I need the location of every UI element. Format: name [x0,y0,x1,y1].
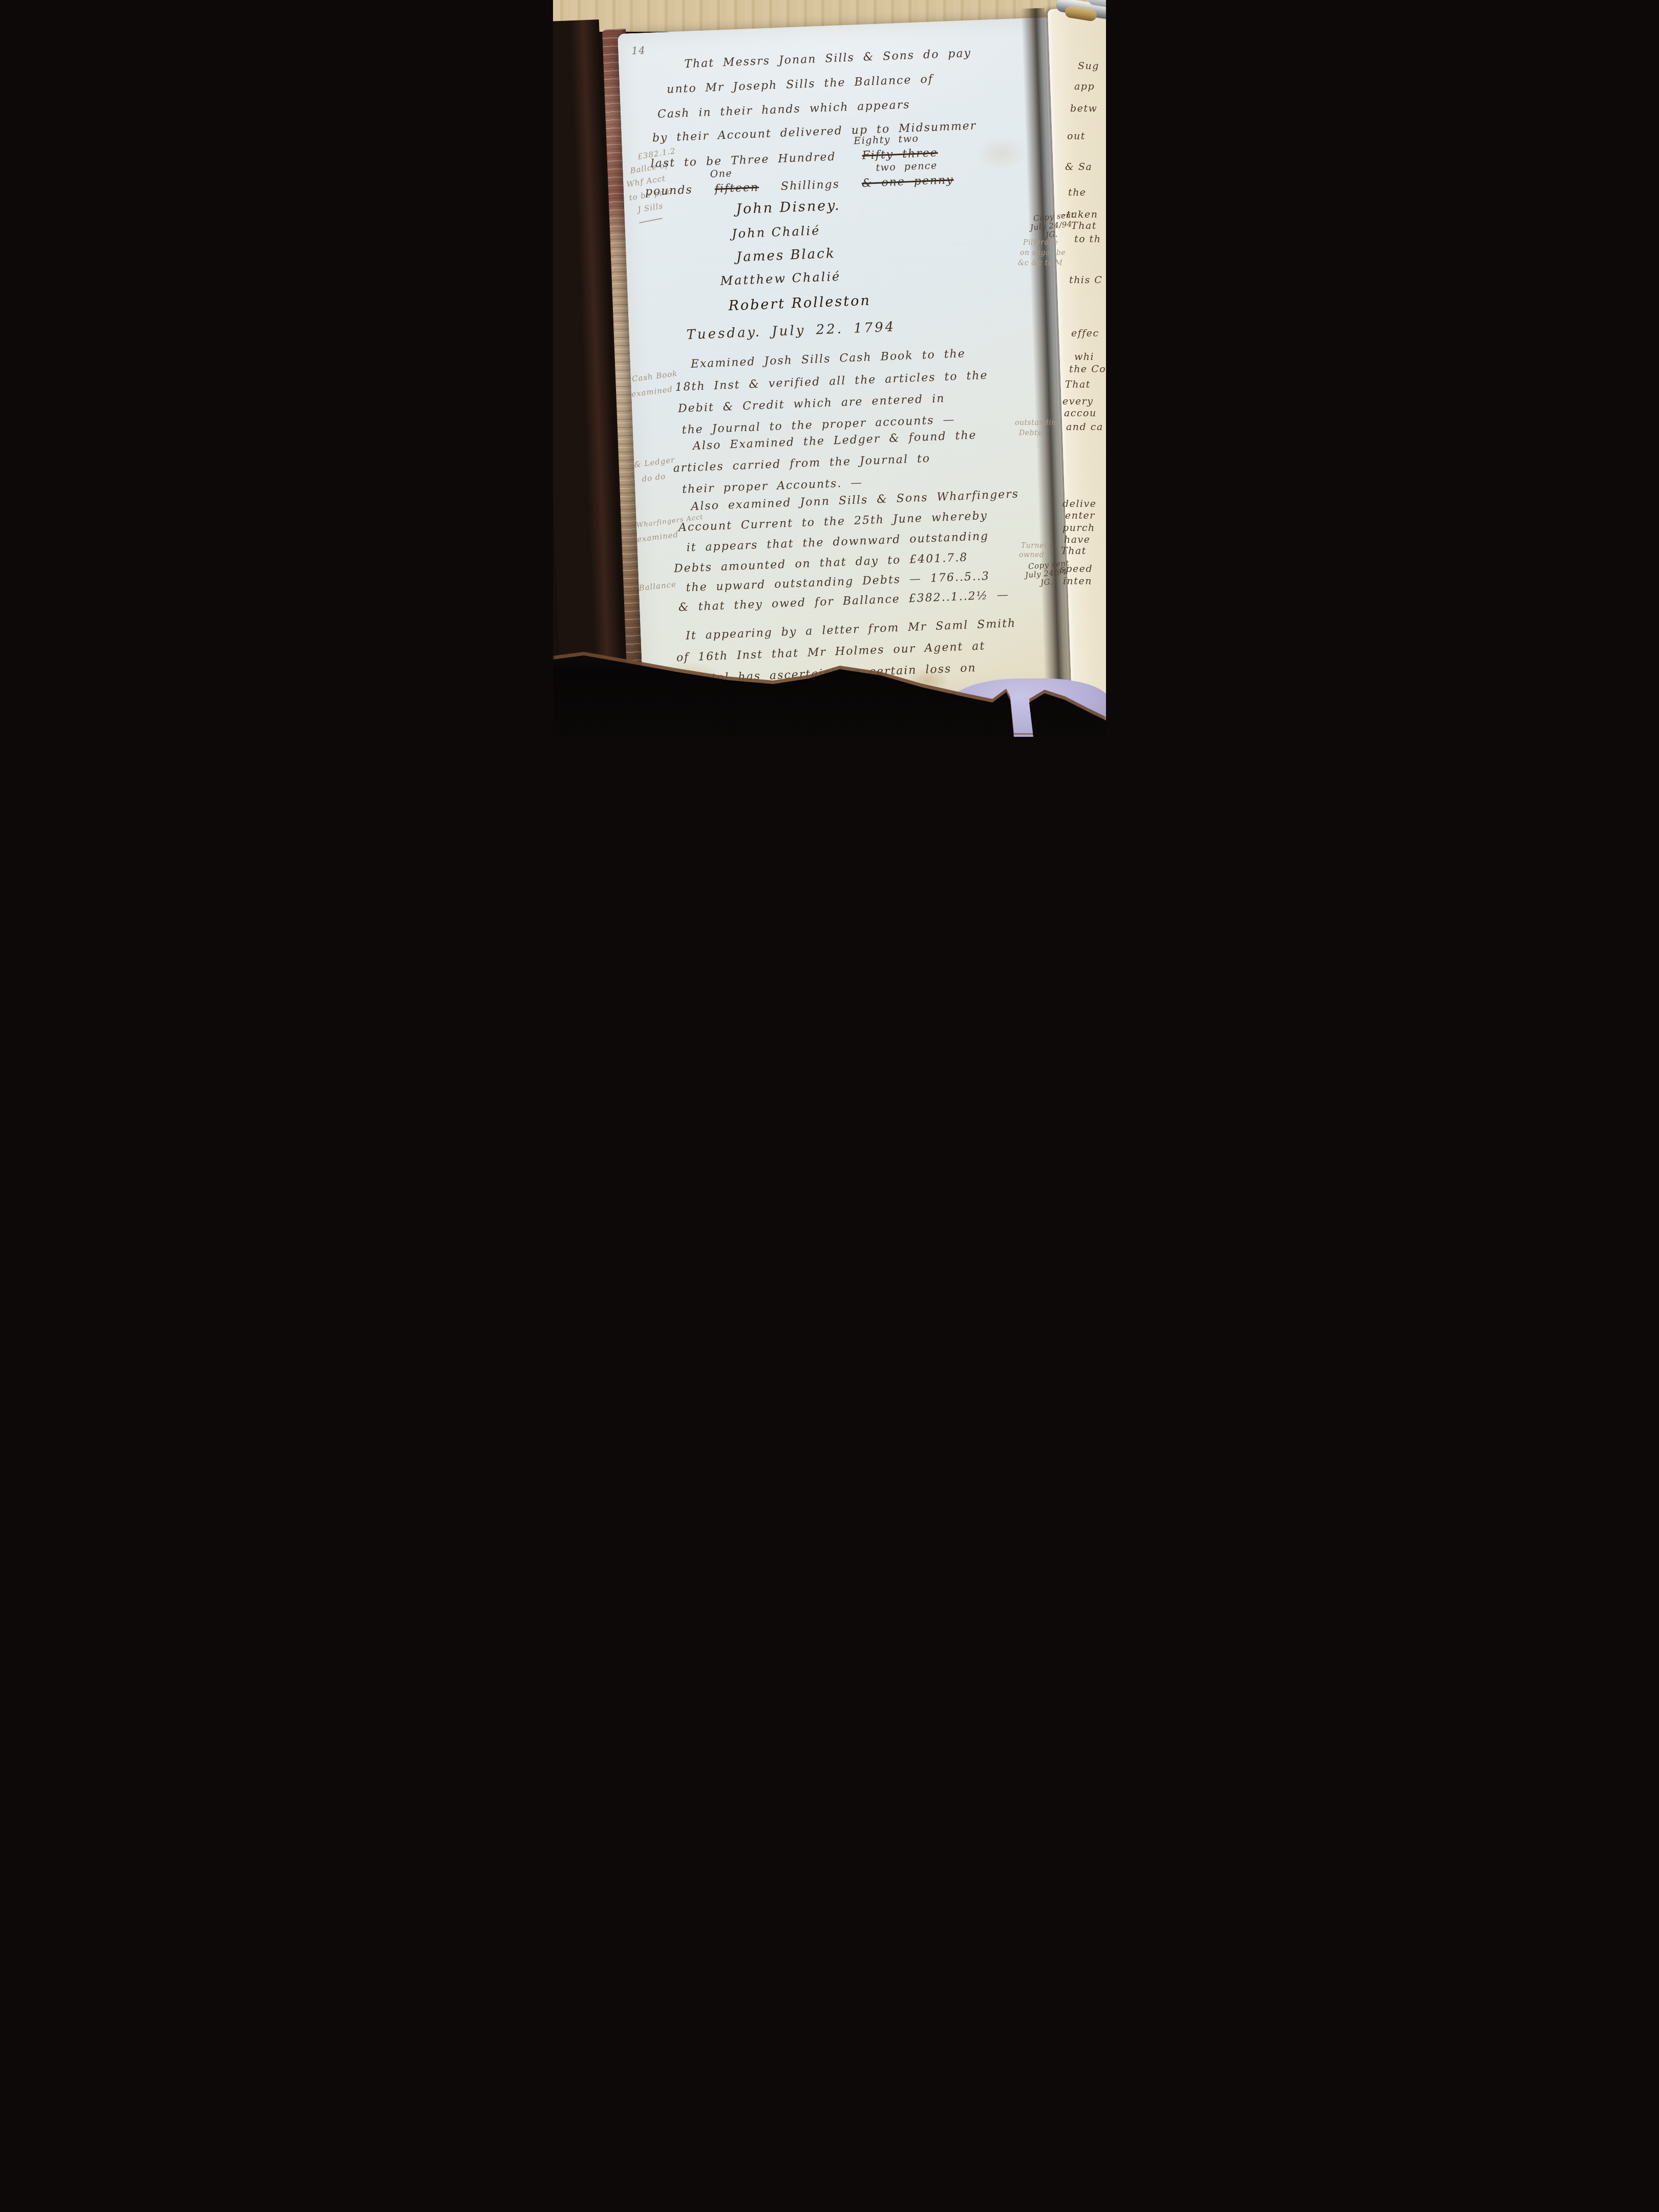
manuscript-photo: 14 £382.1.2 Ballce of Whf Acct to be pai… [553,0,1106,737]
manuscript-line: It appearing by a letter from Mr Saml Sm… [686,617,1016,643]
manuscript-line: Account Current to the 25th June whereby [678,509,988,534]
amount-line: pounds fifteen Shillings & one penny One… [645,174,954,198]
amount-text: pounds [645,184,693,199]
text-fragment: accou [1064,408,1097,419]
text-fragment: delive [1062,498,1097,509]
text-fragment: Sug [1078,60,1099,72]
margin-note-pencil: on sugar be [1020,249,1066,257]
manuscript-line: Cash in their hands which appears [657,98,910,121]
text-fragment: have [1064,534,1091,545]
margin-note-pencil: &c &c to M [1018,259,1062,267]
strikethrough-word: & one penny [861,174,954,190]
text-fragment: out [1067,131,1086,142]
text-fragment: to th [1074,233,1101,245]
margin-note-copy: JG. [1045,229,1058,240]
date-heading: Tuesday. July 22. 1794 [686,320,896,343]
manuscript-line: of 16th Inst that Mr Holmes our Agent at [676,640,985,664]
signature: Robert Rolleston [728,292,871,314]
manuscript-line: unto Mr Joseph Sills the Ballance of [667,73,933,96]
amount-text: Shillings [781,178,840,193]
margin-note: examined [636,530,679,544]
margin-note-pencil: owned [1019,551,1044,559]
interlinear-insertion: two pence [876,160,938,174]
text-fragment: That [1065,379,1091,390]
signature: John Chalié [732,223,821,241]
text-fragment: and ca [1066,421,1103,433]
manuscript-line: Debts amounted on that day to £401.7.8 [674,551,968,575]
margin-note-pencil: Debts [1019,429,1041,437]
manuscript-line: by their Account delivered up to Midsumm… [652,119,976,144]
text-fragment: inten [1063,576,1092,587]
text-fragment: That [1061,545,1087,557]
margin-note: Cash Book [631,369,678,384]
text-fragment: speed [1060,563,1093,575]
manuscript-line: articles carried from the Journal to [673,452,930,475]
text-fragment: every [1062,396,1094,407]
text-fragment: whi [1074,351,1094,363]
pencil-flourish [639,218,663,223]
signature: Matthew Chalié [720,269,841,288]
text-fragment: this C [1069,274,1102,286]
text-fragment: app [1074,81,1095,92]
signature: James Black [736,246,836,265]
margin-note-pencil: Pilferage [1023,239,1058,247]
interlinear-insertion: One [710,168,732,180]
margin-note-copy: JG. [1040,577,1053,587]
text-fragment: That [1071,220,1097,231]
text-fragment: the [1068,187,1087,198]
margin-note: & Ledger [633,455,675,470]
text-fragment: betw [1070,103,1097,114]
signature: John Disney. [736,198,841,218]
right-page: Copy sent July 24/94 JG. Copy sent July … [1014,9,1106,726]
page-number: 14 [631,44,646,57]
left-page: 14 £382.1.2 Ballce of Whf Acct to be pai… [618,17,1074,705]
text-fragment: –taken [1061,209,1098,220]
manuscript-line: it appears that the downward outstanding [686,530,989,555]
margin-note-balance: J Sills [637,201,664,215]
margin-note: Ballance [639,580,677,593]
text-fragment: effec [1071,328,1099,339]
margin-note-pencil: Turner [1021,542,1048,550]
manuscript-line: Debit & Credit which are entered in [678,392,945,415]
text-fragment: enter [1065,510,1095,521]
margin-note: do do [641,472,666,484]
margin-note-pencil: outstanding [1015,419,1061,427]
strikethrough-word: fifteen [714,181,759,196]
manuscript-line: 18th Inst & verified all the articles to… [675,369,988,394]
margin-note: examined [631,385,673,399]
manuscript-line: Examined Josh Sills Cash Book to the [690,347,966,371]
amount-text: last to be Three Hundred [650,151,836,171]
manuscript-line: their proper Accounts. — [682,476,863,496]
text-fragment: & Sa [1065,161,1092,173]
interlinear-insertion: Eighty two [854,133,919,147]
manuscript-line: That Messrs Jonan Sills & Sons do pay [684,47,972,71]
text-fragment: the Co [1069,364,1106,375]
text-fragment: purch [1062,522,1095,534]
